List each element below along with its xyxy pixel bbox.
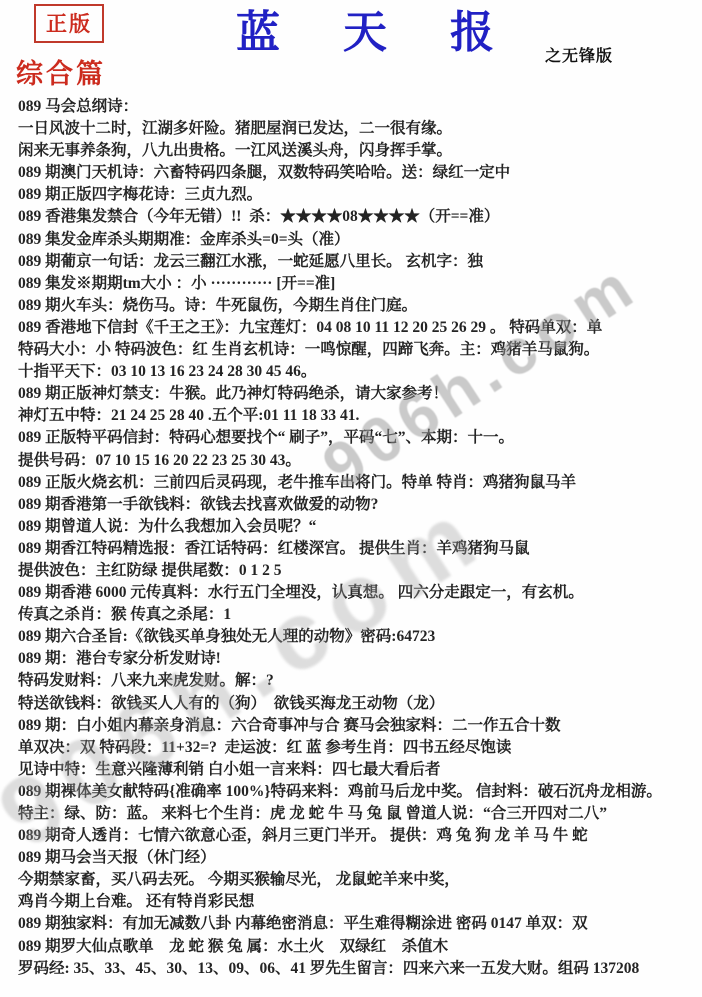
report-line: 一日风波十二时，江湖多奸险。猪肥屋润已发达，二一很有缘。 (18, 118, 698, 140)
report-line: 089 香港地下信封《千王之王》：九宝莲灯：04 08 10 11 12 20 … (18, 317, 698, 339)
newspaper-page: 正版 蓝 天 报 之无锋版 综合篇 906h.com 906h.com 089 … (0, 0, 702, 997)
report-line: 089 期裸体美女献特码{准确率 100%}特码来料：鸡前马后龙中奖。 信封料：… (18, 781, 698, 803)
report-line: 089 期马会当天报（休门经） (18, 847, 698, 869)
report-line: 089 期：白小姐内幕亲身消息：六合奇事冲与合 赛马会独家料：二一作五合十数 (18, 715, 698, 737)
report-line: 特码大小：小 特码波色：红 生肖玄机诗：一鸣惊醒，四蹄飞奔。主：鸡猪羊马鼠狗。 (18, 339, 698, 361)
report-line: 特送欲钱料：欲钱买人人有的（狗） 欲钱买海龙王动物（龙） (18, 693, 698, 715)
report-line: 今期禁家畜，买八码去死。 今期买猴输尽光， 龙鼠蛇羊来中奖， (18, 869, 698, 891)
report-line: 089 马会总纲诗： (18, 96, 698, 118)
report-line: 特主：绿、防：蓝。 来料七个生肖：虎 龙 蛇 牛 马 兔 鼠 曾道人说：“合三开… (18, 803, 698, 825)
report-line: 089 期香港第一手欲钱料：欲钱去找喜欢做爱的动物? (18, 494, 698, 516)
section-title: 综合篇 (16, 52, 106, 91)
report-line: 089 集发※期期tm大小 ：小 ············ [开==准] (18, 273, 698, 295)
report-line: 089 期奇人透肖：七情六欲意心歪，斜月三更门半开。 提供：鸡 兔 狗 龙 羊 … (18, 825, 698, 847)
report-line: 089 期：港台专家分析发财诗! (18, 648, 698, 670)
report-line: 提供号码：07 10 15 16 20 22 23 25 30 43。 (18, 450, 698, 472)
report-line: 闲来无事养条狗，八九出贵格。一江风送溪头舟，闪身挥手掌。 (18, 140, 698, 162)
report-line: 特码发财料：八来九来虎发财。解：? (18, 670, 698, 692)
report-line: 神灯五中特：21 24 25 28 40 .五个平:01 11 18 33 41… (18, 405, 698, 427)
page-title: 蓝 天 报 (236, 0, 520, 60)
report-line: 089 正版特平码信封：特码心想要找个“ 刷子”，平码“七”、本期：十一。 (18, 427, 698, 449)
report-line: 089 集发金库杀头期期准：金库杀头=0=头（准） (18, 229, 698, 251)
report-line: 089 期罗大仙点歌单 龙 蛇 猴 兔 属：水土火 双绿红 杀值木 (18, 936, 698, 958)
report-body: 089 马会总纲诗：一日风波十二时，江湖多奸险。猪肥屋润已发达，二一很有缘。闲来… (18, 96, 698, 980)
report-line: 089 期火车头：烧伤马。诗：牛死鼠伤，今期生肖住门庭。 (18, 295, 698, 317)
report-line: 鸡肖今期上台难。 还有特肖彩民想 (18, 891, 698, 913)
report-line: 089 期正版神灯禁支：牛猴。此乃神灯特码绝杀，请大家参考！ (18, 383, 698, 405)
report-line: 089 期曾道人说：为什么我想加入会员呢？“ (18, 516, 698, 538)
report-line: 罗码经: 35、33、45、30、13、09、06、41 罗先生留言：四来六来一… (18, 958, 698, 980)
report-line: 089 期葡京一句话：龙云三翻江水涨，一蛇延愿八里长。 玄机字：独 (18, 251, 698, 273)
report-line: 见诗中特：生意兴隆薄利销 白小姐一言来料：四七最大看后者 (18, 759, 698, 781)
report-line: 单双决：双 特码段：11+32=? 走运波：红 蓝 参考生肖：四书五经尽饱读 (18, 737, 698, 759)
edition-label: 之无锋版 (545, 43, 613, 66)
report-line: 提供波色：主红防绿 提供尾数：0 1 2 5 (18, 560, 698, 582)
genuine-stamp: 正版 (34, 4, 104, 43)
report-line: 十指平天下：03 10 13 16 23 24 28 30 45 46。 (18, 361, 698, 383)
report-line: 089 香港集发禁合（今年无错）!! 杀：★★★★08★★★★（开==准） (18, 206, 698, 228)
report-line: 传真之杀肖：猴 传真之杀尾：1 (18, 604, 698, 626)
report-line: 089 期香江特码精选报：香江话特码：红楼深宫。 提供生肖：羊鸡猪狗马鼠 (18, 538, 698, 560)
report-line: 089 期澳门天机诗：六畜特码四条腿，双数特码笑哈哈。送：绿红一定中 (18, 162, 698, 184)
report-line: 089 正版火烧玄机：三前四后灵码现，老牛推车出将门。特单 特肖：鸡猪狗鼠马羊 (18, 472, 698, 494)
report-line: 089 期正版四字梅花诗：三贞九烈。 (18, 184, 698, 206)
report-line: 089 期香港 6000 元传真料：水行五门全埋没，认真想。 四六分走跟定一，有… (18, 582, 698, 604)
report-line: 089 期独家料：有加无减数八卦 内幕绝密消息：平生难得糊涂进 密码 0147 … (18, 913, 698, 935)
report-line: 089 期六合圣旨:《欲钱买单身独处无人理的动物》密码:64723 (18, 626, 698, 648)
